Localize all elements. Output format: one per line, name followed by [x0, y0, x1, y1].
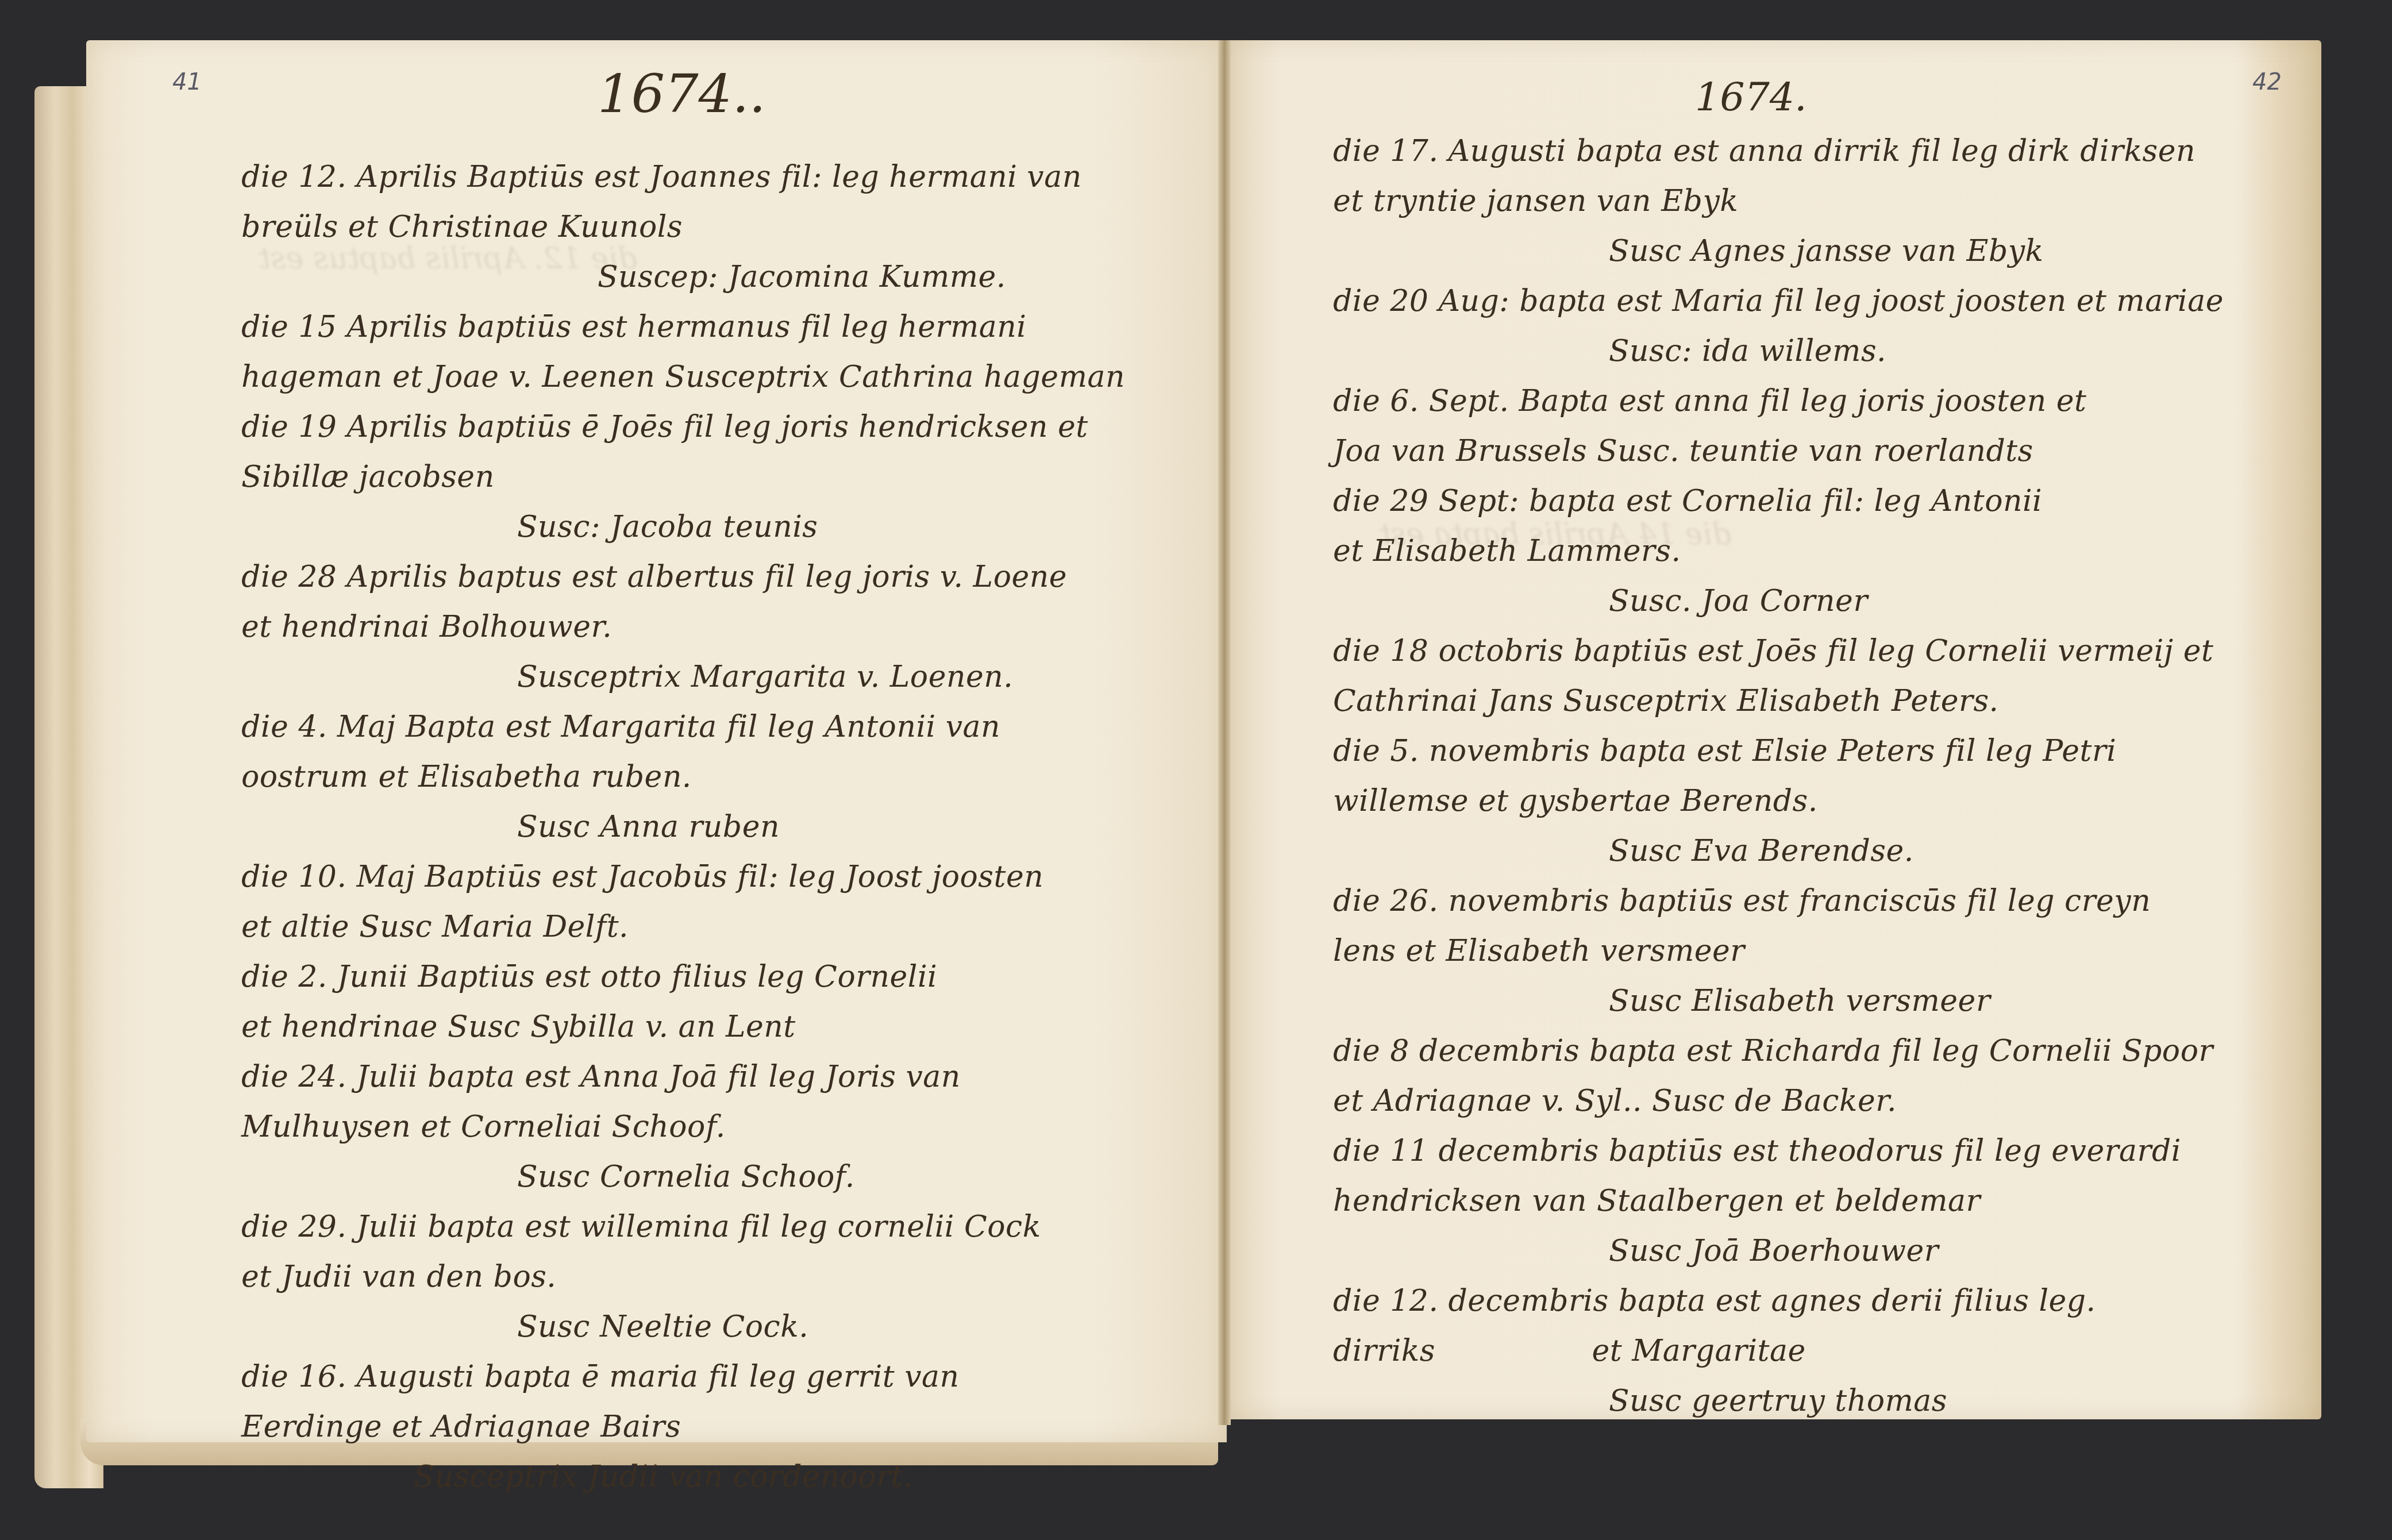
entry-line: die 16. Augusti bapta ē maria fil leg ge…	[241, 1352, 1230, 1402]
entry-line: die 2. Junii Baptiūs est otto filius leg…	[241, 952, 1230, 1002]
entry-line: die 29 Sept: bapta est Cornelia fil: leg…	[1333, 476, 2321, 526]
entry-line: die 12. Aprilis Baptiūs est Joannes fil:…	[241, 152, 1230, 202]
entry-line: et Judii van den bos.	[241, 1252, 1230, 1302]
entry-line: Cathrinai Jans Susceptrix Elisabeth Pete…	[1333, 676, 2321, 726]
entry-line: die 11 decembris baptiūs est theodorus f…	[1333, 1126, 2321, 1176]
sponsor-line: Susceptrix Judii van cordenoort.	[241, 1452, 1230, 1502]
entry-line: et hendrinae Susc Sybilla v. an Lent	[241, 1002, 1230, 1052]
entry-line: willemse et gysbertae Berends.	[1333, 776, 2321, 826]
entry-line: Mulhuysen et Corneliai Schoof.	[241, 1102, 1230, 1152]
entry-line: dirriks et Margaritae	[1333, 1326, 2321, 1376]
entry-line: die 29. Julii bapta est willemina fil le…	[241, 1202, 1230, 1252]
sponsor-line: Susc: Jacoba teunis	[241, 502, 1230, 552]
entry-line: die 19 Aprilis baptiūs ē Joēs fil leg jo…	[241, 402, 1230, 452]
entry-line: die 15 Aprilis baptiūs est hermanus fil …	[241, 302, 1230, 352]
entry-line: et altie Susc Maria Delft.	[241, 902, 1230, 952]
entry-line: die 18 octobris baptiūs est Joēs fil leg…	[1333, 626, 2321, 676]
entry-line: die 12. decembris bapta est agnes derii …	[1333, 1276, 2321, 1326]
entry-line: hendricksen van Staalbergen et beldemar	[1333, 1176, 2321, 1226]
entry-line: die 28 Aprilis baptus est albertus fil l…	[241, 552, 1230, 602]
book-spread: die 12. Aprilis baptus est die 14 Aprili…	[0, 0, 2392, 1540]
entry-line: die 8 decembris bapta est Richarda fil l…	[1333, 1026, 2321, 1076]
entry-line: lens et Elisabeth versmeer	[1333, 926, 2321, 976]
entry-line: et tryntie jansen van Ebyk	[1333, 176, 2321, 226]
entry-line: oostrum et Elisabetha ruben.	[241, 752, 1230, 802]
entry-line: Joa van Brussels Susc. teuntie van roerl…	[1333, 426, 2321, 476]
sponsor-line: Susc. Joa Corner	[1333, 576, 2321, 626]
sponsor-line: Suscep: Jacomina Kumme.	[241, 252, 1230, 302]
sponsor-line: Susceptrix Margarita v. Loenen.	[241, 652, 1230, 702]
entry-line: die 26. novembris baptiūs est franciscūs…	[1333, 876, 2321, 926]
sponsor-line: Susc geertruy thomas	[1333, 1376, 2321, 1426]
right-page-entries: die 17. Augusti bapta est anna dirrik fi…	[1333, 126, 2321, 1426]
entry-line: die 17. Augusti bapta est anna dirrik fi…	[1333, 126, 2321, 176]
entry-line: et hendrinai Bolhouwer.	[241, 602, 1230, 652]
entry-line: Eerdinge et Adriagnae Bairs	[241, 1402, 1230, 1452]
folio-number-left: 41	[172, 69, 202, 95]
sponsor-line: Susc Elisabeth versmeer	[1333, 976, 2321, 1026]
sponsor-line: Susc Joā Boerhouwer	[1333, 1226, 2321, 1276]
entry-line: Sibillæ jacobsen	[241, 452, 1230, 502]
entry-line: die 6. Sept. Bapta est anna fil leg jori…	[1333, 376, 2321, 426]
sponsor-line: Susc Cornelia Schoof.	[241, 1152, 1230, 1202]
entry-line: die 4. Maj Bapta est Margarita fil leg A…	[241, 702, 1230, 752]
sponsor-line: Susc: ida willems.	[1333, 326, 2321, 376]
entry-line: et Adriagnae v. Syl.. Susc de Backer.	[1333, 1076, 2321, 1126]
left-page-entries: die 12. Aprilis Baptiūs est Joannes fil:…	[241, 152, 1230, 1502]
entry-line: die 5. novembris bapta est Elsie Peters …	[1333, 726, 2321, 776]
entry-line: die 24. Julii bapta est Anna Joā fil leg…	[241, 1052, 1230, 1102]
entry-line: die 10. Maj Baptiūs est Jacobūs fil: leg…	[241, 852, 1230, 902]
year-heading-left: 1674..	[598, 63, 766, 125]
sponsor-line: Susc Eva Berendse.	[1333, 826, 2321, 876]
folio-number-right: 42	[2252, 69, 2282, 95]
entry-line: die 20 Aug: bapta est Maria fil leg joos…	[1333, 276, 2321, 326]
entry-line: hageman et Joae v. Leenen Susceptrix Cat…	[241, 352, 1230, 402]
year-heading-right: 1674.	[1695, 75, 1807, 120]
entry-line: breüls et Christinae Kuunols	[241, 202, 1230, 252]
sponsor-line: Susc Agnes jansse van Ebyk	[1333, 226, 2321, 276]
sponsor-line: Susc Neeltie Cock.	[241, 1302, 1230, 1352]
sponsor-line: Susc Anna ruben	[241, 802, 1230, 852]
entry-line: et Elisabeth Lammers.	[1333, 526, 2321, 576]
